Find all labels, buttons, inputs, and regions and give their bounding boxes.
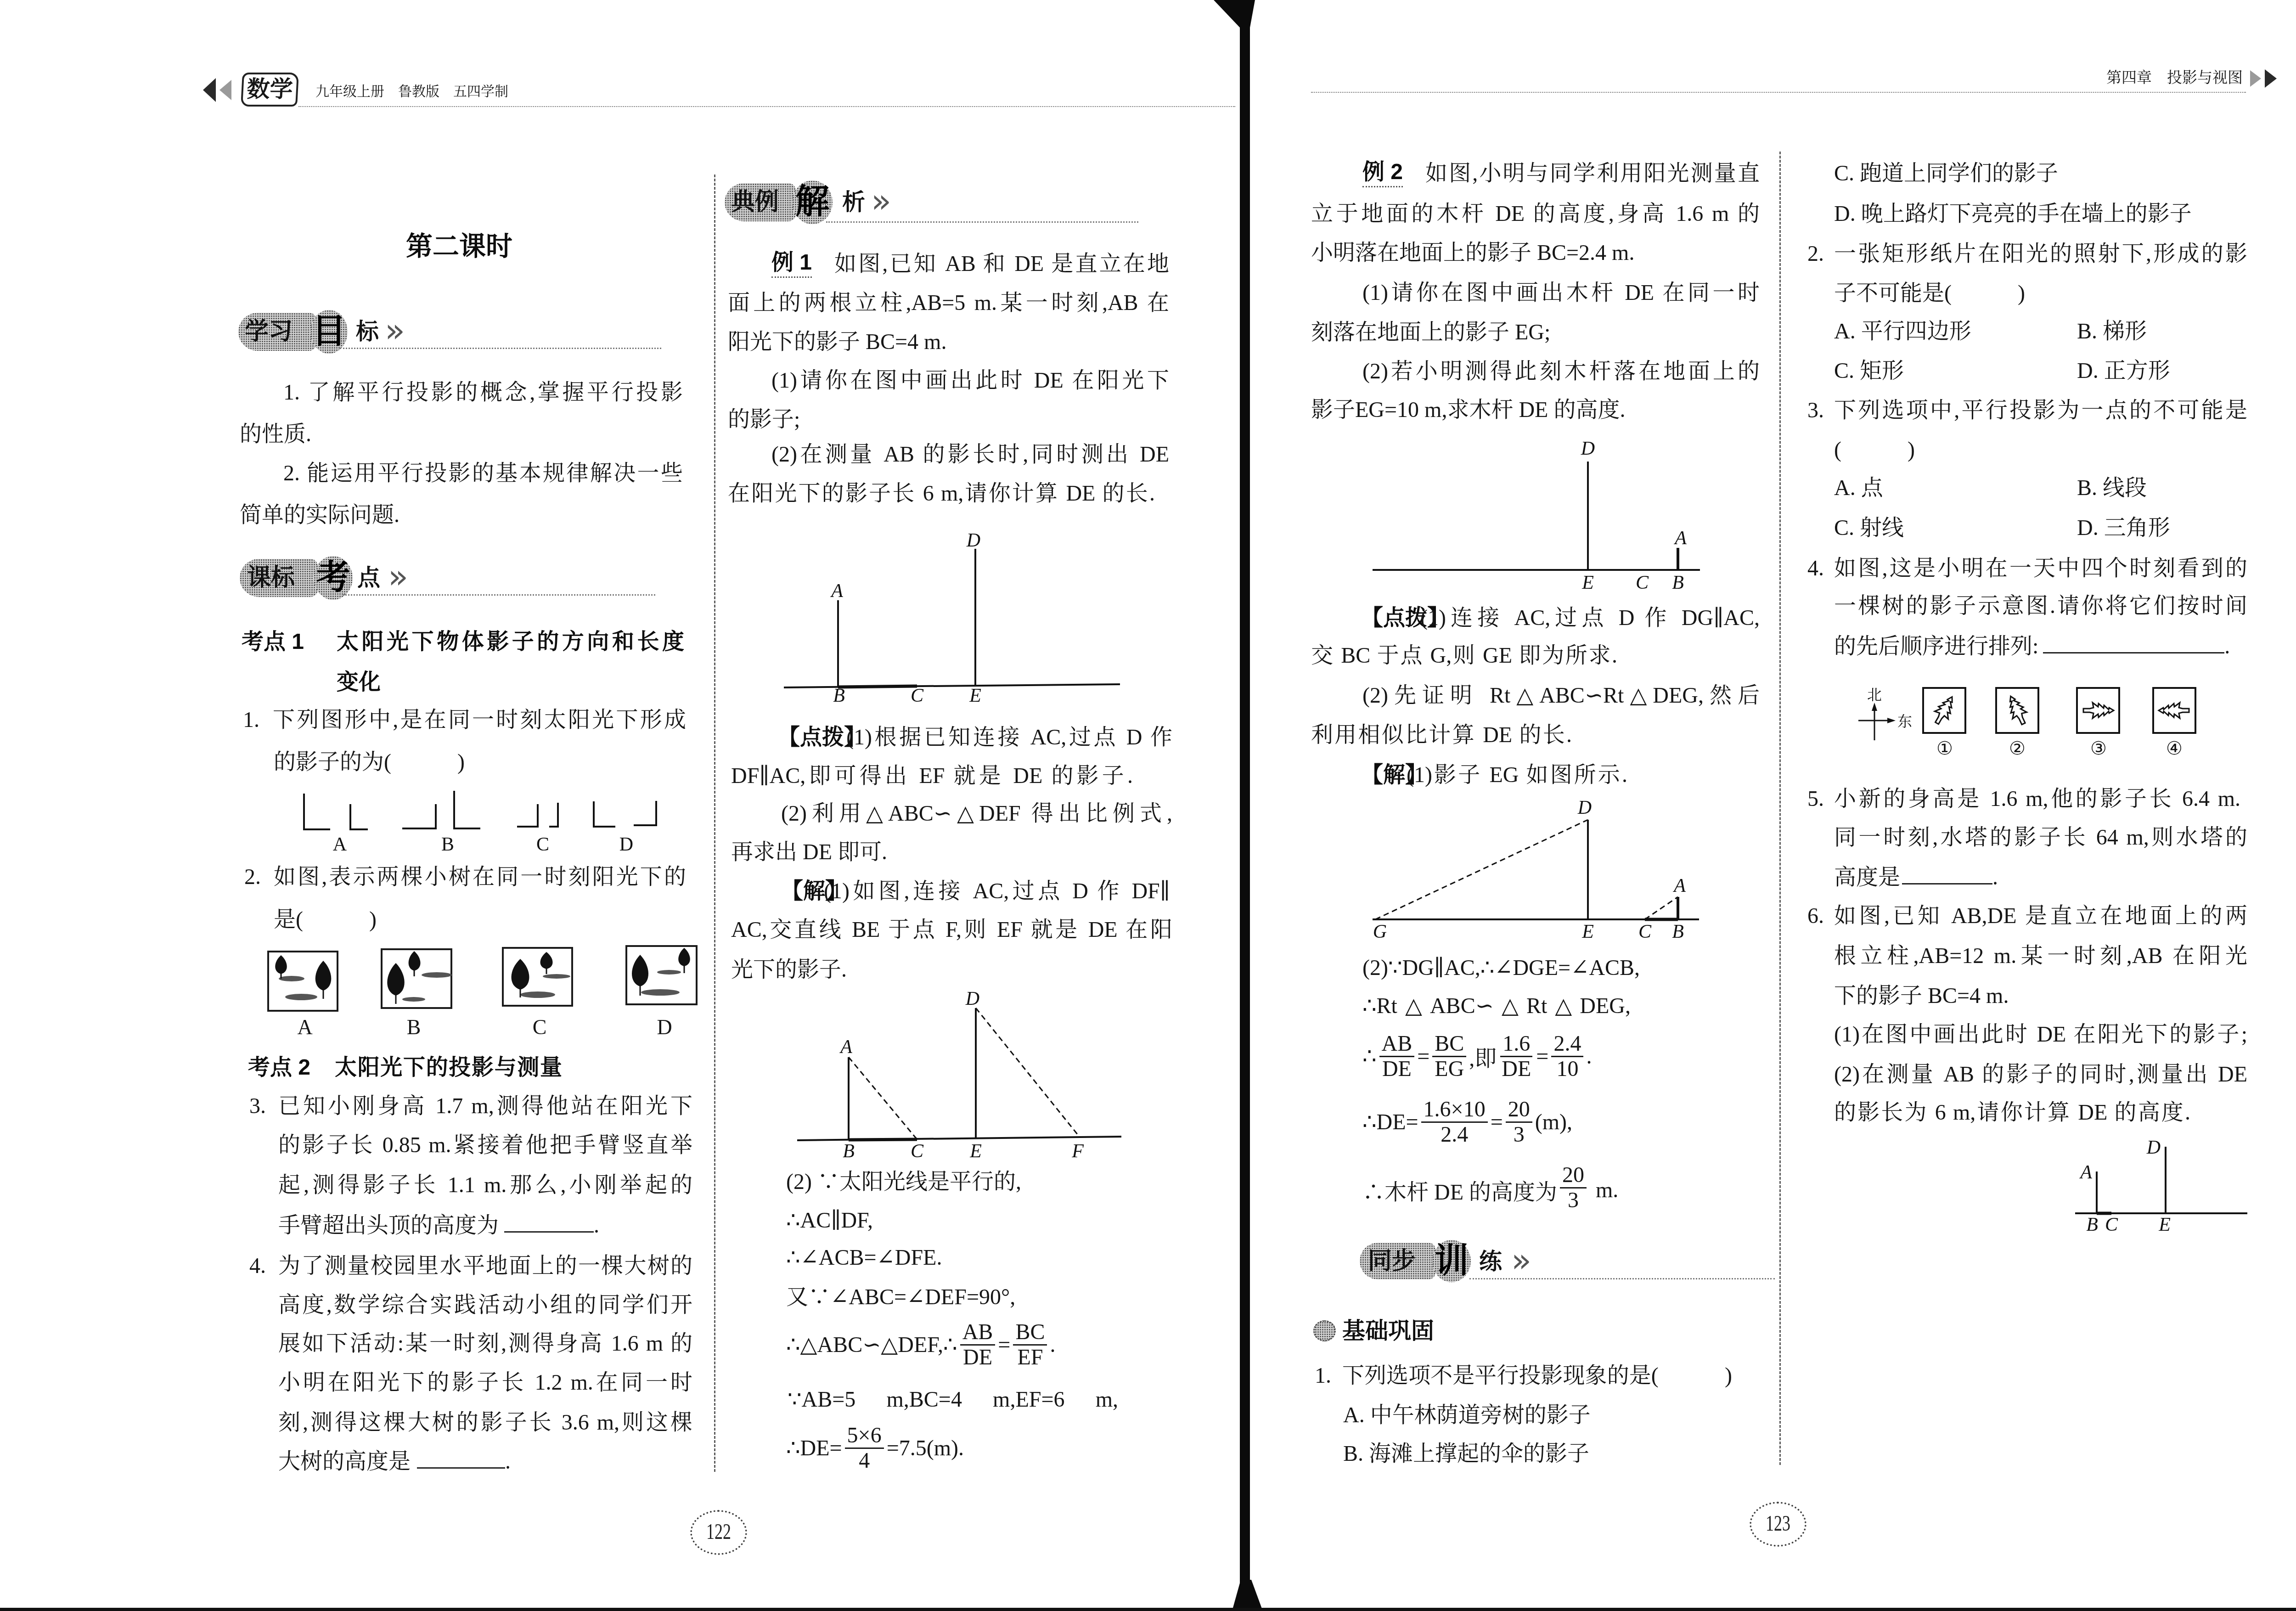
proof-line: ∵AB=5 m,BC=4 m,EF=6 m, <box>788 1386 1118 1414</box>
l-shape <box>304 794 330 829</box>
question-line: 下的影子 BC=4 m. <box>1834 982 2009 1010</box>
banner-emblem-char: 训 <box>1435 1242 1469 1280</box>
question-line: (1)在图中画出此时 DE 在阳光下的影子; <box>1834 1021 2247 1048</box>
section-bullet-icon <box>1313 1320 1336 1341</box>
choice-option: B. 梯形 <box>2077 318 2147 345</box>
answer-blank <box>1902 864 1992 884</box>
l-shape <box>634 801 656 825</box>
point-label: D <box>965 988 979 1009</box>
banner-pill: 同步 <box>1360 1243 1435 1279</box>
banner-pill: 课标 <box>240 559 318 597</box>
question-line: 的影长为 6 m,请你计算 DE 的高度. <box>1834 1099 2190 1127</box>
banner-emblem-char: 解 <box>795 183 829 221</box>
figure-label: ③ <box>2090 738 2107 759</box>
shadow-frame-4 <box>2153 688 2195 733</box>
proof-line: 又∵∠ABC=∠DEF=90°, <box>786 1284 1015 1311</box>
header-rule-right <box>1311 92 2246 93</box>
question-line: 同一时刻,水塔的影子长 64 m,则水塔的 <box>1834 824 2247 851</box>
tree-icon <box>387 963 405 996</box>
subject-badge: 数学 <box>241 73 299 107</box>
example-label: 例 1 <box>771 250 812 278</box>
point-label: E <box>969 685 981 706</box>
denominator: EG <box>1432 1057 1466 1081</box>
tree-option-a-image <box>267 951 338 1012</box>
east-label: 东 <box>1897 713 1912 730</box>
question-text: 大树的高度是 <box>278 1449 411 1474</box>
solution-line: (1)影子 EG 如图所示. <box>1407 761 1627 789</box>
proof-line: (2)∵DG∥AC,∴∠DGE=∠ACB, <box>1362 954 1714 982</box>
option-label: D <box>619 834 633 855</box>
denominator: 2.4 <box>1438 1123 1470 1147</box>
numerator: 20 <box>1506 1098 1532 1123</box>
point-label: C <box>2105 1214 2118 1235</box>
option-label: B <box>441 834 454 855</box>
answer-blank <box>504 1212 594 1233</box>
section-banner-key-points: 课标 考 点 » <box>240 556 419 600</box>
choice-option: B. 线段 <box>2077 474 2147 502</box>
question-number: 2. <box>244 863 261 891</box>
banner-text: 课标 <box>247 564 295 591</box>
numerator: AB <box>960 1320 996 1346</box>
goal-line: 简单的实际问题. <box>240 501 400 529</box>
page-bottom-edge <box>0 1608 2296 1611</box>
proof-text: ∴△ABC∽△DEF,∴ <box>786 1332 957 1358</box>
banner-pill: 典例 <box>725 183 796 221</box>
numerator: BC <box>1013 1320 1047 1346</box>
page-number: 122 <box>706 1512 731 1552</box>
q6-figure-poles: D A B C E <box>2066 1134 2250 1235</box>
question-line: (2)在测量 AB 的影子的同时,测量出 DE <box>1834 1061 2247 1088</box>
l-shape <box>350 804 368 829</box>
question-line: 下列选项不是平行投影现象的是( ) <box>1342 1362 1732 1390</box>
fraction: BCEF <box>1013 1320 1047 1369</box>
denominator: DE <box>961 1346 995 1369</box>
example-line: 阳光下的影子 BC=4 m. <box>728 328 946 356</box>
point-label: B <box>843 1141 855 1162</box>
sunray-ac <box>849 1057 917 1139</box>
subsection-title: 基础巩固 <box>1342 1317 1434 1345</box>
question-line: 根立柱,AB=12 m.某一时刻,AB 在阳光 <box>1834 942 2247 970</box>
banner-rule <box>340 348 661 349</box>
shadow <box>422 972 452 978</box>
tree-shadow-icon <box>2083 703 2114 718</box>
solution-line: 光下的影子. <box>731 956 847 984</box>
banner-text: 典例 <box>731 189 779 215</box>
tree-icon <box>540 952 552 969</box>
question-line: 刻,测得这棵大树的影子长 3.6 m,则这棵 <box>278 1409 692 1436</box>
proof-text: ∴木杆 DE 的高度为 <box>1362 1174 1557 1206</box>
answer-blank <box>417 1448 505 1469</box>
banner-emblem: 解 <box>792 180 833 224</box>
shadow-bc <box>849 1139 917 1140</box>
proof-result: =7.5(m). <box>887 1436 964 1461</box>
question-line: 大树的高度是. <box>278 1448 511 1476</box>
question-line: 子不可能是( ) <box>1834 280 2025 307</box>
chapter-title: 第四章 投影与视图 <box>2106 68 2243 88</box>
proof-ratio-line: ∴ ABDE = BCEG ,即 1.6DE = 2.410 . <box>1362 1029 1592 1084</box>
answer-blank <box>2043 633 2224 653</box>
key-point-title: 太阳光下物体影子的方向和长度 <box>337 628 684 656</box>
point-label: D <box>1577 797 1592 818</box>
l-shape <box>549 803 558 827</box>
equals: = <box>998 1332 1010 1358</box>
goal-line: 的性质. <box>240 421 311 448</box>
question-line: 展如下活动:某一时刻,测得身高 1.6 m 的 <box>278 1330 692 1358</box>
example-line: 影子EG=10 m,求木杆 DE 的高度. <box>1311 396 1625 424</box>
header-rule-left <box>298 106 1235 107</box>
sunray-gd <box>1375 820 1588 919</box>
question-line: 一棵树的影子示意图.请你将它们按时间 <box>1834 592 2247 620</box>
hint-line: 利用相似比计算 DE 的长. <box>1311 721 1572 749</box>
numerator: 1.6×10 <box>1421 1098 1488 1123</box>
key-point-title: 变化 <box>337 669 381 696</box>
example-line: (1)请你在图中画出木杆 DE 在同一时 <box>1362 279 1760 307</box>
shadow-frame-2 <box>1996 688 2038 733</box>
point-label: C <box>911 1141 924 1162</box>
banner-text-tail: 点 <box>357 559 380 597</box>
example1-solution-figure: D A B C E F <box>781 987 1148 1164</box>
denominator: EF <box>1015 1346 1045 1369</box>
example-line: (2)若小明测得此刻木杆落在地面上的 <box>1362 358 1760 385</box>
point-label: D <box>1581 438 1595 459</box>
banner-pill: 学习 <box>238 313 316 351</box>
shadow <box>520 991 555 998</box>
period: . <box>1050 1332 1055 1358</box>
banner-emblem: 训 <box>1432 1240 1471 1282</box>
question-number: 3. <box>249 1093 266 1120</box>
header-double-right-arrow-icon <box>2249 69 2278 88</box>
tree-icon <box>511 959 529 990</box>
fraction: 1.6×102.4 <box>1421 1098 1488 1147</box>
option-b-shapes <box>402 791 480 828</box>
point-label: B <box>1672 572 1684 593</box>
compass-icon: 北 东 <box>1858 687 1912 740</box>
chevron-right-double-icon: » <box>388 558 408 596</box>
goal-line: 2. 能运用平行投影的基本规律解决一些 <box>283 460 683 487</box>
question-number: 5. <box>1807 785 1824 813</box>
point-label: E <box>2158 1214 2171 1235</box>
l-shape <box>594 801 615 827</box>
l-shape <box>517 804 538 827</box>
question-number: 3. <box>1807 397 1824 424</box>
figure-label: ② <box>2009 738 2026 759</box>
question-line: 为了测量校园里水平地面上的一棵大树的 <box>278 1252 692 1280</box>
hint-line: (1)连接 AC,过点 D 作 DG∥AC, <box>1420 604 1760 632</box>
gutter-flare <box>1208 0 1272 1611</box>
numerator: 20 <box>1560 1163 1587 1189</box>
question-line: 如图,表示两棵小树在同一时刻阳光下的 <box>274 863 686 891</box>
example-line: 小明落在地面上的影子 BC=2.4 m. <box>1311 239 1634 267</box>
point-label: G <box>1373 921 1387 942</box>
choice-option: A. 平行四边形 <box>1834 318 1971 345</box>
point-label: A <box>2079 1162 2092 1183</box>
example2-solution-figure: D A G E C B <box>1359 790 1717 944</box>
chevron-right-double-icon: » <box>1511 1242 1531 1280</box>
point-label: F <box>1071 1141 1084 1162</box>
point-label: B <box>2086 1214 2098 1235</box>
choice-option: B. 海滩上撑起的伞的影子 <box>1343 1440 1589 1468</box>
figure-label: ① <box>1936 738 1953 759</box>
equals: = <box>1491 1110 1503 1135</box>
tree-icon <box>632 955 648 986</box>
q1-shadow-options-figure: A B C D <box>285 781 670 859</box>
option-label: D <box>648 1015 681 1040</box>
fraction: BCEG <box>1432 1032 1466 1081</box>
point-label: C <box>1636 572 1649 593</box>
tree-icon <box>315 961 332 991</box>
question-number: 1. <box>1315 1362 1331 1390</box>
trees-illustration <box>625 945 698 1005</box>
question-line: 下列选项中,平行投影为一点的不可能是 <box>1834 397 2247 424</box>
option-d-shapes <box>594 801 656 827</box>
question-line: ( ) <box>1834 436 1915 464</box>
option-label: C <box>536 834 549 855</box>
banner-emblem-char: 目 <box>312 313 346 350</box>
proof-line: (2) ∵太阳光线是平行的, <box>786 1168 1021 1196</box>
trees-illustration <box>502 947 573 1007</box>
fraction: 203 <box>1560 1163 1587 1212</box>
fraction: ABDE <box>960 1320 996 1369</box>
section-banner-practice: 同步 训 练 » <box>1360 1240 1543 1282</box>
fraction: 203 <box>1506 1098 1532 1147</box>
choice-option: C. 跑道上同学们的影子 <box>1834 160 2058 187</box>
proof-answer-line: ∴木杆 DE 的高度为 203 m. <box>1362 1160 1618 1215</box>
period: . <box>505 1449 511 1474</box>
question-line: 如图,这是小明在一天中四个时刻看到的 <box>1834 555 2247 582</box>
proof-text: m. <box>1596 1177 1618 1203</box>
example-line: (2)在测量 AB 的影长时,同时测出 DE <box>771 441 1169 468</box>
point-label: E <box>1581 921 1594 942</box>
equals: = <box>1536 1044 1548 1069</box>
page-number-badge: 123 <box>1750 1502 1806 1547</box>
gutter-flare-top <box>1214 0 1255 28</box>
period: . <box>2224 634 2230 659</box>
question-number: 4. <box>249 1252 266 1280</box>
east-arrowhead <box>1887 718 1896 723</box>
proof-line: ∴∠ACB=∠DFE. <box>786 1244 942 1272</box>
tree-shadow-icon <box>2159 703 2189 718</box>
header-double-left-arrow-icon <box>202 77 233 103</box>
trees-illustration <box>381 948 452 1009</box>
proof-line: ∴Rt△ABC∽△Rt△DEG, <box>1362 992 1631 1020</box>
banner-text-tail: 标 <box>356 313 379 351</box>
l-shape <box>402 804 436 828</box>
period: . <box>1992 865 1998 890</box>
book-info: 九年级上册 鲁教版 五四学制 <box>315 83 508 101</box>
period: . <box>594 1213 599 1238</box>
point-label: A <box>830 580 843 602</box>
tree-option-d-image <box>625 945 698 1005</box>
question-text: 的先后顺序进行排列: <box>1834 634 2038 659</box>
shadow <box>657 970 681 974</box>
example-line: 如图,小明与同学利用阳光测量直 <box>1425 160 1760 187</box>
fraction: 5×64 <box>845 1424 884 1473</box>
question-line: 已知小刚身高 1.7 m,测得他站在阳光下 <box>278 1093 692 1120</box>
figure-label: ④ <box>2166 738 2183 759</box>
example1-figure-poles: D A B C E <box>771 528 1139 705</box>
example-label: 例 2 <box>1362 160 1403 187</box>
choice-option: D. 正方形 <box>2077 357 2170 385</box>
shadow-frame-1 <box>1923 688 1965 733</box>
point-label: E <box>1581 572 1594 593</box>
example-line: 的影子; <box>728 406 800 434</box>
question-line: 手臂超出头顶的高度为. <box>278 1212 599 1239</box>
hint-line: (2)利用△ABC∽△DEF 得出比例式, <box>781 800 1172 828</box>
example-line: 在阳光下的影子长 6 m,请你计算 DE 的长. <box>728 480 1155 507</box>
shadow <box>402 997 425 1002</box>
option-label: C <box>523 1015 556 1040</box>
point-label: D <box>966 530 980 551</box>
fraction: ABDE <box>1379 1032 1415 1081</box>
proof-text: ∴DE= <box>1362 1109 1418 1135</box>
key-point-label: 考点 2 <box>248 1054 310 1082</box>
period: . <box>1586 1044 1592 1069</box>
banner-text: 同步 <box>1368 1248 1416 1274</box>
solution-line: AC,交直线 BE 于点 F,则 EF 就是 DE 在阳 <box>731 916 1172 944</box>
denominator: DE <box>1380 1057 1414 1081</box>
tree-icon <box>678 948 690 966</box>
example-line: 刻落在地面上的影子 EG; <box>1311 319 1550 346</box>
choice-option: A. 中午林荫道旁树的影子 <box>1343 1402 1591 1429</box>
example-line: 立于地面的木杆 DE 的高度,身高 1.6 m 的 <box>1311 200 1760 228</box>
hint-line: (2)先证明 Rt△ABC∽Rt△DEG,然后 <box>1362 682 1760 710</box>
point-label: A <box>1673 528 1687 549</box>
point-label: D <box>2146 1137 2161 1158</box>
lesson-title: 第二课时 <box>390 229 528 265</box>
trees-illustration <box>267 951 338 1012</box>
tree-shadow-icon <box>2003 693 2031 727</box>
question-number: 1. <box>243 706 259 734</box>
arrow-light <box>219 80 231 100</box>
sunray-ca <box>1645 897 1678 919</box>
arrow-dark <box>203 78 216 102</box>
denominator: 4 <box>856 1449 872 1473</box>
proof-calc-line: ∴DE= 1.6×102.4 = 203 (m), <box>1362 1094 1572 1149</box>
question-line: 的先后顺序进行排列:. <box>1834 633 2230 660</box>
question-line: 小新的身高是 1.6 m,他的影子长 6.4 m. <box>1834 785 2240 813</box>
shadow <box>543 974 570 979</box>
point-label: A <box>1672 875 1686 896</box>
question-line: 一张矩形纸片在阳光的照射下,形成的影 <box>1834 240 2247 268</box>
solution-line: (1)如图,连接 AC,过点 D 作 DF∥ <box>824 878 1170 905</box>
question-line: 起,测得影子长 1.1 m.那么,小刚举起的 <box>278 1172 692 1199</box>
numerator: 2.4 <box>1551 1032 1583 1057</box>
north-label: 北 <box>1867 687 1882 703</box>
banner-emblem: 考 <box>314 556 353 600</box>
choice-option: C. 射线 <box>1834 514 1904 542</box>
ground-line <box>797 1137 1121 1140</box>
proof-ratio-line: ∴△ABC∽△DEF,∴ ABDE = BCEF . <box>786 1317 1055 1372</box>
option-label: B <box>398 1015 430 1040</box>
page-number-badge: 122 <box>690 1510 747 1555</box>
example-line: 如图,已知 AB 和 DE 是直立在地 <box>834 250 1169 278</box>
chevron-right-double-icon: » <box>385 312 405 350</box>
numerator: 1.6 <box>1500 1032 1532 1057</box>
chevron-right-double-icon: » <box>871 182 891 220</box>
question-line: 高度是. <box>1834 864 1998 891</box>
key-point-title: 太阳光下的投影与测量 <box>335 1054 562 1082</box>
section-banner-learning-goals: 学习 目 标 » <box>238 310 413 354</box>
denominator: 3 <box>1511 1123 1527 1147</box>
point-label: B <box>833 685 845 706</box>
point-label: C <box>911 685 924 706</box>
proof-text: (m), <box>1535 1110 1572 1135</box>
proof-text: ,即 <box>1469 1041 1497 1072</box>
option-c-shapes <box>517 803 558 827</box>
example2-figure-poles: D A E C B <box>1359 432 1717 592</box>
arrow-light <box>2250 70 2261 87</box>
choice-option: D. 晚上路灯下亮亮的手在墙上的影子 <box>1834 200 2192 228</box>
section-banner-examples: 典例 解 析 » <box>725 180 904 224</box>
denominator: 10 <box>1554 1057 1581 1081</box>
denominator: 3 <box>1565 1189 1581 1212</box>
banner-text-tail: 析 <box>842 183 865 221</box>
fraction: 2.410 <box>1551 1032 1583 1081</box>
shadow <box>279 976 304 981</box>
hint-line: 再求出 DE 即可. <box>731 839 887 866</box>
shadow-frame-3 <box>2077 688 2119 733</box>
question-number: 4. <box>1807 555 1824 582</box>
proof-line: ∴AC∥DF, <box>786 1207 873 1234</box>
question-line: 是( ) <box>274 906 377 934</box>
page-number: 123 <box>1766 1504 1790 1544</box>
tree-option-c-image <box>502 947 573 1007</box>
tree-shadow-sequence-figure: 北 东 ① ② ③ ④ <box>1851 680 2209 762</box>
fraction: 1.6DE <box>1499 1032 1533 1081</box>
numerator: BC <box>1432 1032 1466 1057</box>
banner-text-tail: 练 <box>1479 1243 1502 1281</box>
banner-text: 学习 <box>245 318 293 345</box>
question-line: 的影子的为( ) <box>274 749 465 776</box>
numerator: 5×6 <box>845 1424 884 1449</box>
l-shape <box>454 791 480 828</box>
point-label: B <box>1672 921 1684 942</box>
goal-line: 1. 了解平行投影的概念,掌握平行投影 <box>283 379 683 406</box>
example-line: (1)请你在图中画出此时 DE 在阳光下 <box>771 367 1169 394</box>
sunray-df <box>976 1008 1080 1138</box>
question-line: 小明在阳光下的影子长 1.2 m.在同一时 <box>278 1369 692 1397</box>
proof-text: ∴ <box>1362 1043 1377 1069</box>
question-line: 下列图形中,是在同一时刻太阳光下形成 <box>273 706 686 734</box>
tree-shadow-icon <box>1930 693 1958 727</box>
denominator: DE <box>1499 1057 1533 1081</box>
banner-rule <box>343 594 655 596</box>
question-line: 的影子长 0.85 m.紧接着他把手臂竖直举 <box>278 1132 692 1159</box>
question-text: 高度是 <box>1834 865 1900 890</box>
banner-rule <box>1469 1278 1775 1279</box>
tree-icon <box>409 951 421 971</box>
tree-option-b-image <box>381 948 452 1009</box>
key-point-label: 考点 1 <box>242 628 304 656</box>
example-line: 面上的两根立柱,AB=5 m.某一时刻,AB 在 <box>728 289 1169 317</box>
question-line: 高度,数学综合实践活动小组的同学们开 <box>278 1291 692 1319</box>
north-arrowhead <box>1872 703 1877 711</box>
tree-icon <box>275 955 287 974</box>
question-number: 2. <box>1807 240 1824 268</box>
banner-emblem: 目 <box>310 310 348 354</box>
option-label: A <box>289 1015 321 1040</box>
shadow <box>285 994 317 1000</box>
option-a-shapes <box>304 794 368 829</box>
question-line: 如图,已知 AB,DE 是直立在地面上的两 <box>1834 902 2247 930</box>
choice-option: C. 矩形 <box>1834 357 1904 385</box>
hint-line: (1)根据已知连接 AC,过点 D 作 <box>846 724 1172 751</box>
equals: = <box>1417 1044 1429 1069</box>
banner-rule <box>826 221 1138 223</box>
question-text: 手臂超出头顶的高度为 <box>278 1213 499 1238</box>
option-label: A <box>333 834 347 855</box>
point-label: A <box>839 1036 852 1058</box>
